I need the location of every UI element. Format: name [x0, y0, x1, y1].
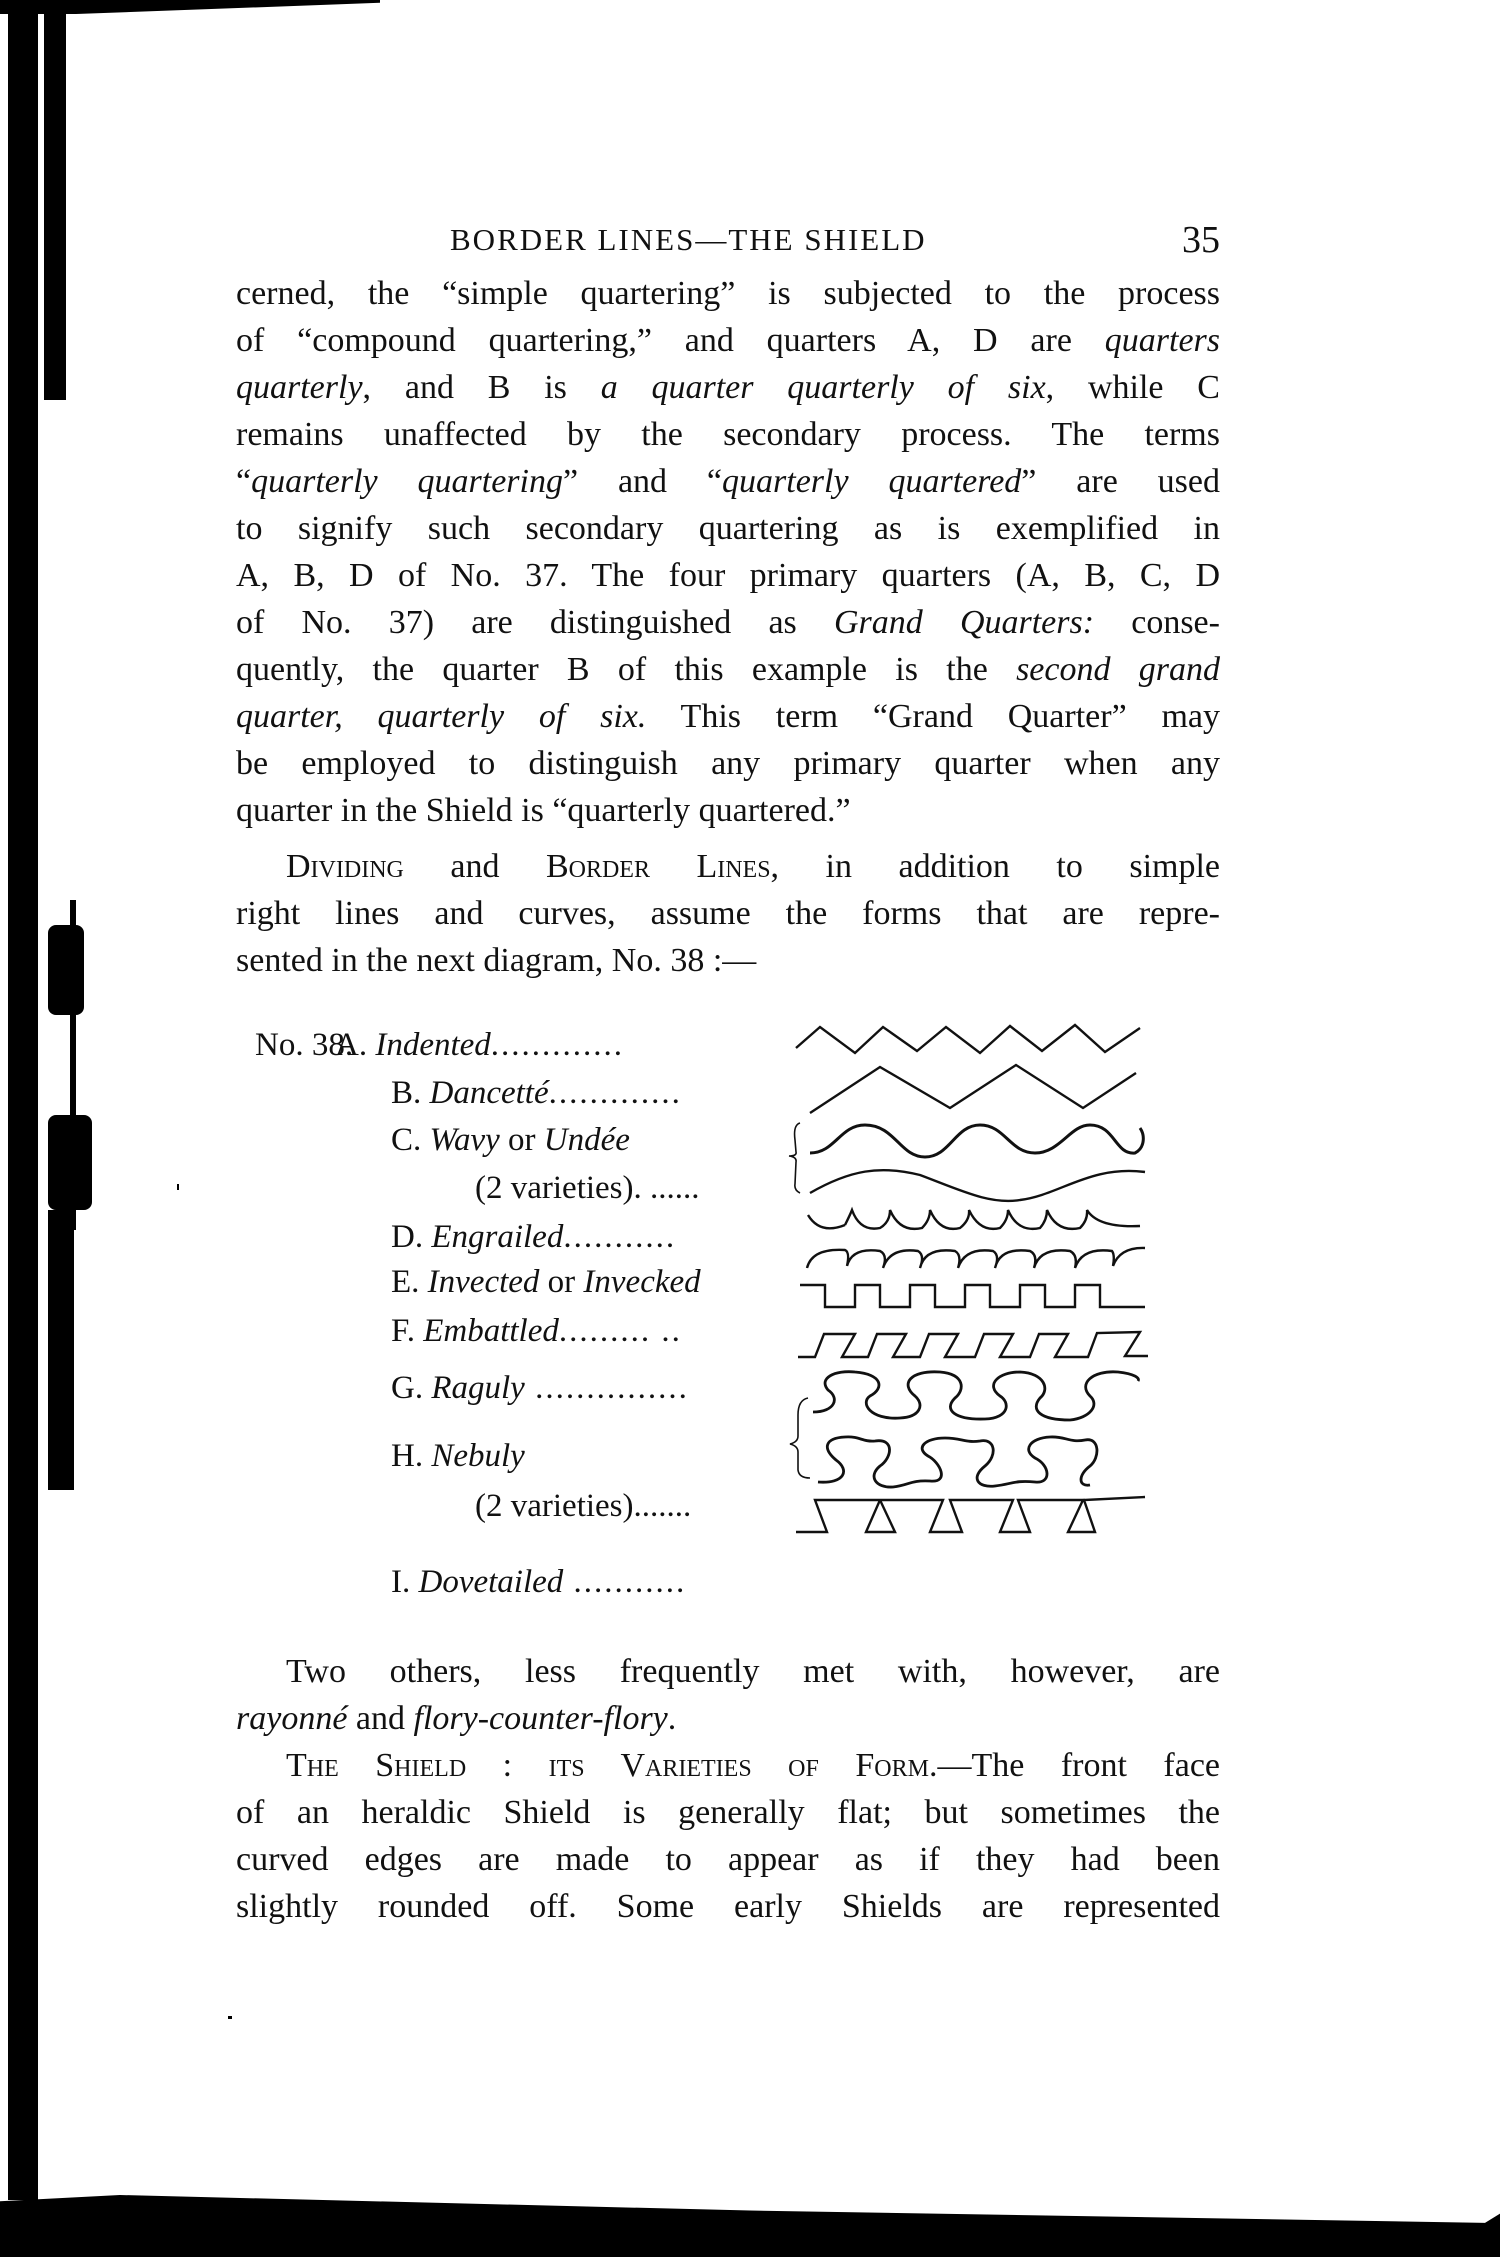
nebuly-brace-icon — [790, 1398, 810, 1478]
text-line: Two others, less frequently met with, ho… — [236, 1648, 1220, 1695]
dovetailed-line-icon — [796, 1497, 1145, 1532]
raguly-line-icon — [798, 1332, 1148, 1357]
paragraph-shield-forms: The Shield : its Varieties of Form.—The … — [236, 1742, 1220, 1930]
nebuly-line-2-icon — [818, 1437, 1097, 1487]
section-heading: The Shield : its Varieties of Form. — [286, 1747, 937, 1784]
text-line: of an heraldic Shield is generally flat;… — [236, 1789, 1220, 1836]
nebuly-line-icon — [813, 1372, 1138, 1420]
wavy-line-icon — [810, 1125, 1143, 1157]
wavy-brace-icon — [789, 1123, 800, 1193]
text-line: rayonné and flory-counter-flory. — [236, 1695, 1220, 1742]
dancette-line-icon — [810, 1065, 1136, 1113]
embattled-line-icon — [800, 1285, 1145, 1307]
indented-line-icon — [796, 1025, 1140, 1053]
scan-speck — [177, 1184, 179, 1190]
engrailed-line-icon — [808, 1210, 1140, 1229]
paragraph-other-lines: Two others, less frequently met with, ho… — [236, 1648, 1220, 1742]
invected-line-icon — [807, 1248, 1145, 1268]
scan-speck — [228, 2016, 232, 2019]
text-line: The Shield : its Varieties of Form.—The … — [236, 1742, 1220, 1789]
text-line: slightly rounded off. Some early Shields… — [236, 1883, 1220, 1930]
text-line: curved edges are made to appear as if th… — [236, 1836, 1220, 1883]
wavy-line-2-icon — [810, 1170, 1145, 1201]
book-page: BORDER LINES—THE SHIELD 35 cerned, the “… — [0, 0, 1500, 2257]
